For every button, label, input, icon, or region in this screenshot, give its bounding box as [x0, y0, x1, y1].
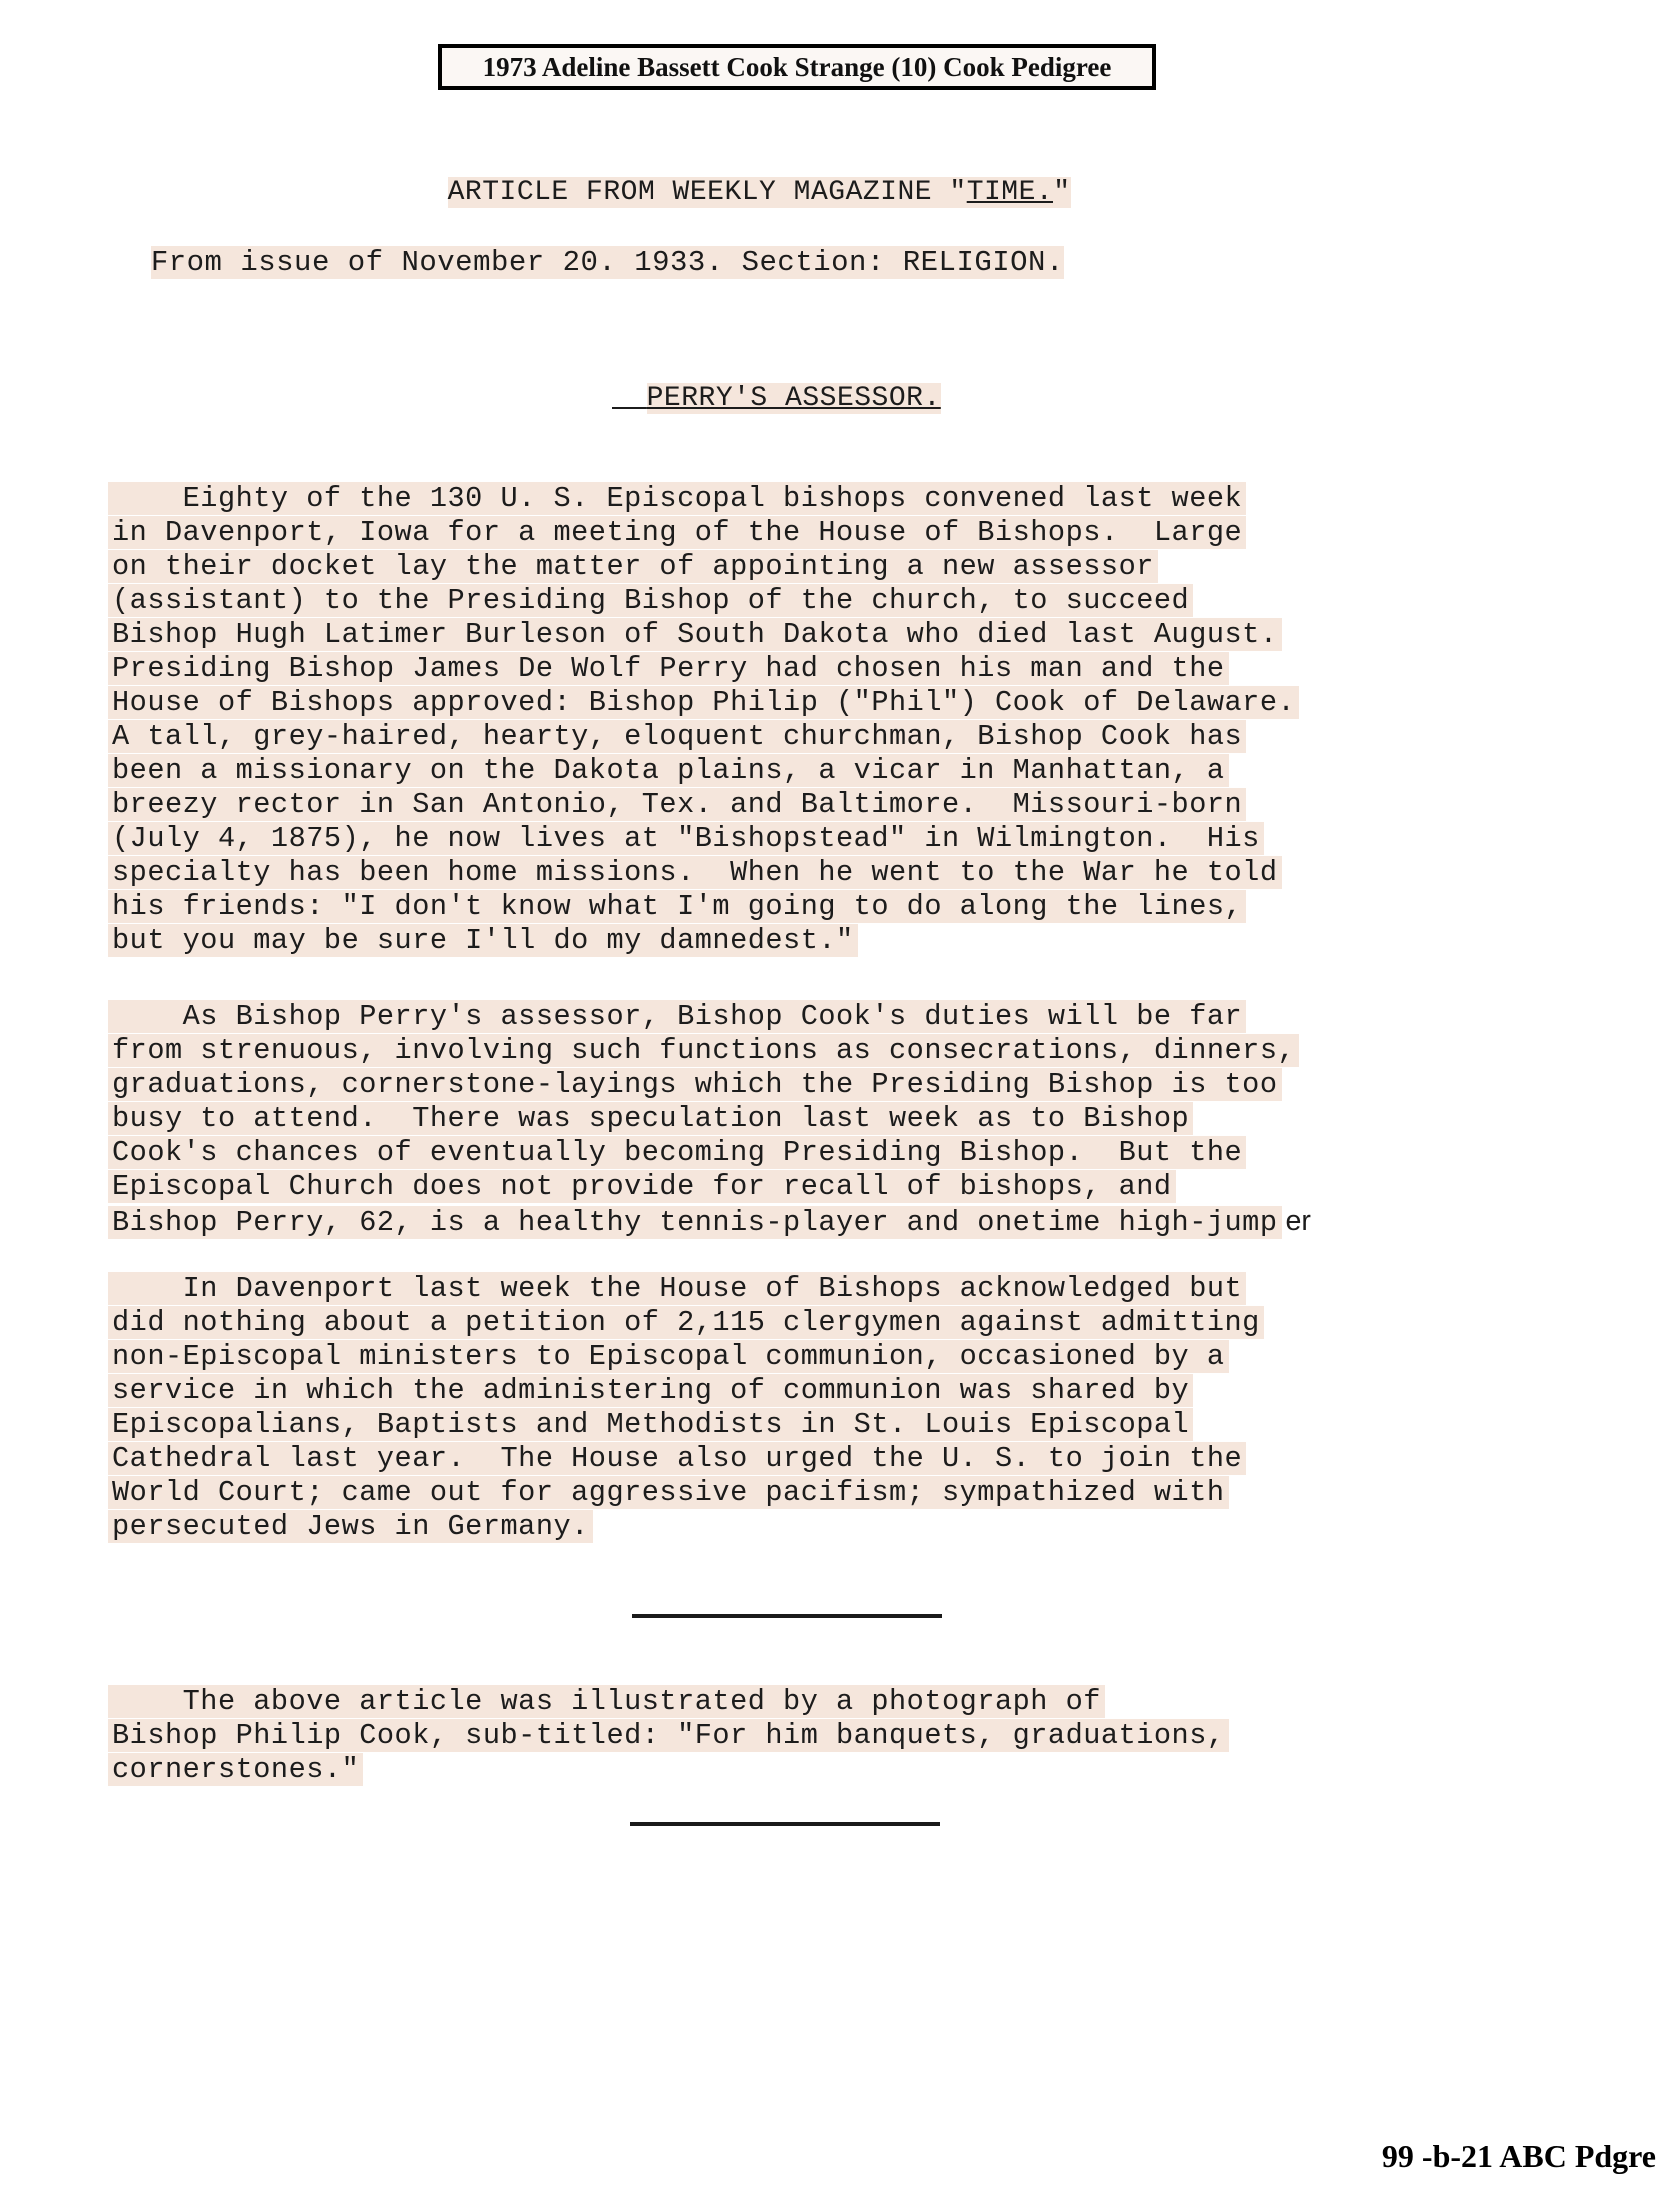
text-line: persecuted Jews in Germany. [108, 1510, 1264, 1544]
paragraph-1: Eighty of the 130 U. S. Episcopal bishop… [108, 482, 1299, 958]
text-line-content: non-Episcopal ministers to Episcopal com… [108, 1340, 1229, 1373]
source-heading-prefix: ARTICLE FROM WEEKLY MAGAZINE " [448, 177, 967, 208]
paragraph-2: As Bishop Perry's assessor, Bishop Cook'… [108, 1000, 1315, 1240]
text-line: The above article was illustrated by a p… [108, 1685, 1229, 1719]
paragraph-note: The above article was illustrated by a p… [108, 1685, 1229, 1787]
text-line: non-Episcopal ministers to Episcopal com… [108, 1340, 1264, 1374]
text-line-content: A tall, grey-haired, hearty, eloquent ch… [108, 720, 1246, 753]
source-heading-suffix: " [1053, 177, 1070, 208]
issue-line-text: From issue of November 20. 1933. Section… [151, 246, 1064, 279]
text-line: did nothing about a petition of 2,115 cl… [108, 1306, 1264, 1340]
text-line: Episcopal Church does not provide for re… [108, 1170, 1315, 1204]
text-line: on their docket lay the matter of appoin… [108, 550, 1299, 584]
text-line-content: World Court; came out for aggressive pac… [108, 1476, 1229, 1509]
header-title: 1973 Adeline Bassett Cook Strange (10) C… [483, 52, 1112, 83]
text-line-content: Cathedral last year. The House also urge… [108, 1442, 1246, 1475]
text-line-content: The above article was illustrated by a p… [108, 1685, 1105, 1718]
text-line-content: Episcopal Church does not provide for re… [108, 1170, 1176, 1203]
text-line: specialty has been home missions. When h… [108, 856, 1299, 890]
text-line: been a missionary on the Dakota plains, … [108, 754, 1299, 788]
text-line-tail: er [1282, 1205, 1315, 1237]
text-line-content: on their docket lay the matter of appoin… [108, 550, 1158, 583]
text-line-content: (assistant) to the Presiding Bishop of t… [108, 584, 1193, 617]
text-line: his friends: "I don't know what I'm goin… [108, 890, 1299, 924]
text-line: but you may be sure I'll do my damnedest… [108, 924, 1299, 958]
separator-rule-2 [630, 1822, 940, 1826]
text-line-content: specialty has been home missions. When h… [108, 856, 1282, 889]
text-line-content: cornerstones." [108, 1753, 363, 1786]
text-line-content: In Davenport last week the House of Bish… [108, 1272, 1246, 1305]
text-line-content: Episcopalians, Baptists and Methodists i… [108, 1408, 1193, 1441]
text-line: graduations, cornerstone-layings which t… [108, 1068, 1315, 1102]
text-line-content: from strenuous, involving such functions… [108, 1034, 1299, 1067]
text-line: service in which the administering of co… [108, 1374, 1264, 1408]
text-line-content: House of Bishops approved: Bishop Philip… [108, 686, 1299, 719]
text-line-content: in Davenport, Iowa for a meeting of the … [108, 516, 1246, 549]
text-line: in Davenport, Iowa for a meeting of the … [108, 516, 1299, 550]
text-line: Bishop Philip Cook, sub-titled: "For him… [108, 1719, 1229, 1753]
page-footer-code: 99 -b-21 ABC Pdgre [1382, 2138, 1656, 2175]
text-line: busy to attend. There was speculation la… [108, 1102, 1315, 1136]
text-line: breezy rector in San Antonio, Tex. and B… [108, 788, 1299, 822]
text-line: Bishop Hugh Latimer Burleson of South Da… [108, 618, 1299, 652]
text-line-content: busy to attend. There was speculation la… [108, 1102, 1193, 1135]
text-line: cornerstones." [108, 1753, 1229, 1787]
text-line: House of Bishops approved: Bishop Philip… [108, 686, 1299, 720]
text-line: Episcopalians, Baptists and Methodists i… [108, 1408, 1264, 1442]
text-line: Cook's chances of eventually becoming Pr… [108, 1136, 1315, 1170]
header-title-box: 1973 Adeline Bassett Cook Strange (10) C… [438, 44, 1156, 90]
text-line-content: his friends: "I don't know what I'm goin… [108, 890, 1246, 923]
text-line-content: graduations, cornerstone-layings which t… [108, 1068, 1282, 1101]
text-line-content: (July 4, 1875), he now lives at "Bishops… [108, 822, 1264, 855]
source-heading-magazine: TIME. [967, 177, 1054, 208]
text-line-content: Cook's chances of eventually becoming Pr… [108, 1136, 1246, 1169]
article-title-text: PERRY'S ASSESSOR. [647, 383, 941, 414]
text-line-content: service in which the administering of co… [108, 1374, 1193, 1407]
source-heading: ARTICLE FROM WEEKLY MAGAZINE "TIME." [413, 142, 1071, 210]
text-line: A tall, grey-haired, hearty, eloquent ch… [108, 720, 1299, 754]
text-line-content: breezy rector in San Antonio, Tex. and B… [108, 788, 1246, 821]
text-line-content: did nothing about a petition of 2,115 cl… [108, 1306, 1264, 1339]
text-line-content: Bishop Philip Cook, sub-titled: "For him… [108, 1719, 1229, 1752]
text-line: (July 4, 1875), he now lives at "Bishops… [108, 822, 1299, 856]
text-line-content: but you may be sure I'll do my damnedest… [108, 924, 858, 957]
text-line: Cathedral last year. The House also urge… [108, 1442, 1264, 1476]
text-line-content: persecuted Jews in Germany. [108, 1510, 593, 1543]
text-line: Eighty of the 130 U. S. Episcopal bishop… [108, 482, 1299, 516]
text-line-content: Eighty of the 130 U. S. Episcopal bishop… [108, 482, 1246, 515]
text-line: Bishop Perry, 62, is a healthy tennis-pl… [108, 1204, 1315, 1240]
text-line-content: Bishop Perry, 62, is a healthy tennis-pl… [108, 1206, 1282, 1239]
text-line: World Court; came out for aggressive pac… [108, 1476, 1264, 1510]
issue-line: From issue of November 20. 1933. Section… [115, 212, 1064, 280]
text-line-content: Presiding Bishop James De Wolf Perry had… [108, 652, 1229, 685]
text-line: (assistant) to the Presiding Bishop of t… [108, 584, 1299, 618]
text-line: In Davenport last week the House of Bish… [108, 1272, 1264, 1306]
text-line: As Bishop Perry's assessor, Bishop Cook'… [108, 1000, 1315, 1034]
text-line: Presiding Bishop James De Wolf Perry had… [108, 652, 1299, 686]
text-line-content: Bishop Hugh Latimer Burleson of South Da… [108, 618, 1282, 651]
text-line: from strenuous, involving such functions… [108, 1034, 1315, 1068]
text-line-content: As Bishop Perry's assessor, Bishop Cook'… [108, 1000, 1246, 1033]
separator-rule-1 [632, 1614, 942, 1618]
text-line-content: been a missionary on the Dakota plains, … [108, 754, 1229, 787]
article-title: PERRY'S ASSESSOR. [612, 348, 941, 416]
paragraph-3: In Davenport last week the House of Bish… [108, 1272, 1264, 1544]
